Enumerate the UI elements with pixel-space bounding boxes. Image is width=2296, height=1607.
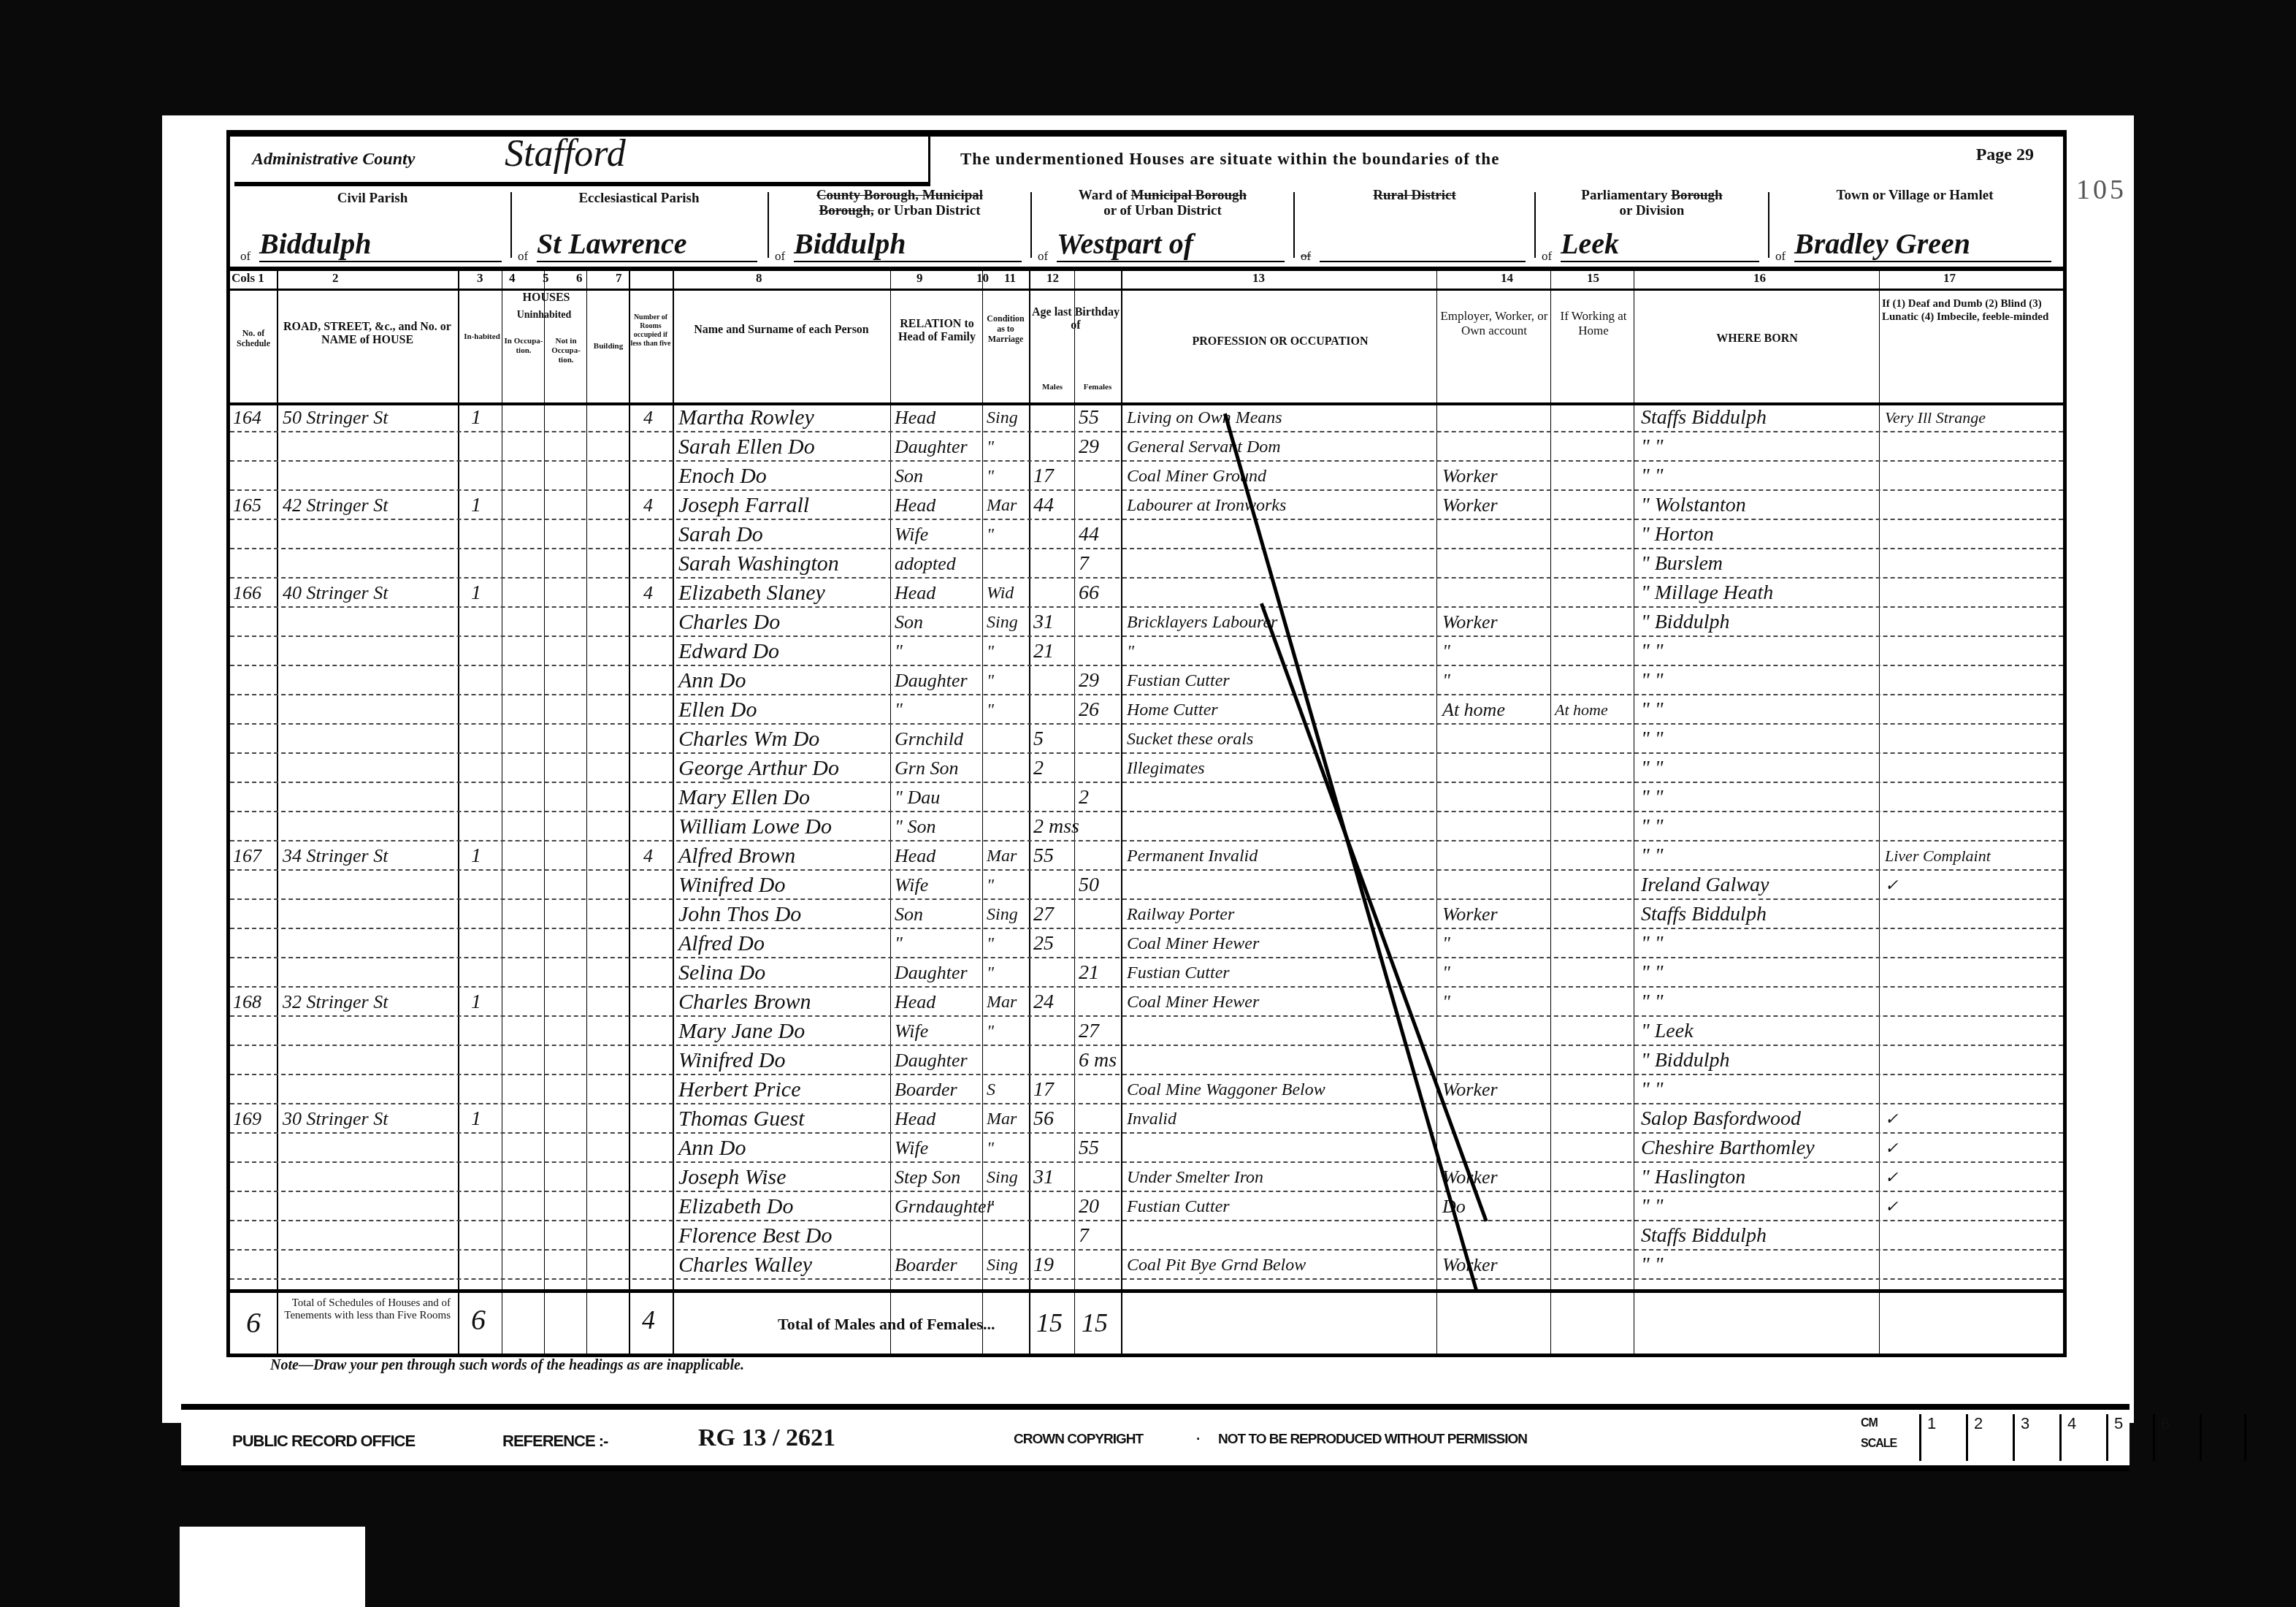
scale-tick: 1 [1919, 1414, 1966, 1461]
cell-name: Sarah Do [678, 522, 763, 547]
cell-cond: " [987, 1194, 994, 1219]
cell-born: " " [1641, 844, 1664, 869]
table-row: Enoch DoSon"17Coal Miner GroundWorker" " [230, 462, 2063, 491]
copyright-label: CROWN COPYRIGHT [1014, 1432, 1143, 1448]
cell-cond: " [987, 435, 994, 459]
total-houses: 6 [471, 1308, 486, 1332]
cell-male: 5 [1033, 727, 1044, 752]
cell-rel: Daughter [895, 435, 968, 459]
cell-rel: Grn Son [895, 756, 958, 781]
cell-born: " " [1641, 814, 1664, 839]
cell-born: " Leek [1641, 1019, 1694, 1044]
cell-rel: Daughter [895, 961, 968, 985]
cell-name: Florence Best Do [678, 1224, 832, 1248]
cell-name: Charles Do [678, 610, 780, 635]
heading-houses: HOUSES [462, 291, 630, 305]
cell-female: 66 [1079, 581, 1099, 606]
cell-name: Charles Wm Do [678, 727, 819, 752]
cell-cond: " [987, 961, 994, 985]
admin-county-label: Administrative County [252, 150, 415, 169]
cell-male: 21 [1033, 639, 1054, 664]
cell-inf: ✓ [1885, 1136, 1898, 1161]
table-row: Charles Wm DoGrnchild5Sucket these orals… [230, 725, 2063, 754]
cell-rel: " [895, 698, 903, 722]
cell-rooms: 4 [643, 844, 653, 869]
of-label: of [240, 248, 250, 264]
district-rural: Rural District of [1298, 185, 1531, 267]
cell-occ: Labourer at Ironworks [1127, 493, 1286, 518]
heading-at-home: If Working at Home [1553, 309, 1634, 338]
cell-male: 27 [1033, 902, 1054, 927]
cell-rel: Grndaughter [895, 1194, 994, 1219]
heading-inhabited: In-habited [462, 332, 502, 342]
table-row: Edward Do""21""" " [230, 638, 2063, 666]
cell-cond: Mar [987, 493, 1017, 518]
cell-name: Sarah Ellen Do [678, 435, 815, 459]
col-number: 14 [1501, 271, 1513, 286]
table-row: Alfred Do""25Coal Miner Hewer"" " [230, 930, 2063, 958]
page-number: Page 29 [1976, 145, 2034, 165]
cell-male: 31 [1033, 610, 1054, 635]
cell-name: Ellen Do [678, 698, 757, 722]
table-row: 16734 Stringer St14Alfred BrownHeadMar55… [230, 842, 2063, 871]
cell-occ: Sucket these orals [1127, 727, 1253, 752]
cell-name: Enoch Do [678, 464, 767, 489]
cell-inf: Liver Complaint [1885, 844, 1991, 869]
table-row: Florence Best Do7Staffs Biddulph [230, 1222, 2063, 1251]
table-row: Mary Ellen Do" Dau2" " [230, 784, 2063, 812]
col-number: 8 [756, 271, 762, 286]
district-value: Bradley Green [1794, 227, 2051, 262]
cell-rel: Son [895, 464, 923, 489]
cell-name: Alfred Brown [678, 844, 795, 869]
form-note: Note—Draw your pen through such words of… [270, 1357, 744, 1374]
cell-male: 31 [1033, 1165, 1054, 1190]
district-ecclesiastical-parish: Ecclesiastical Parish of St Lawrence [515, 185, 763, 267]
cell-male: 44 [1033, 493, 1054, 518]
cell-cond: Mar [987, 844, 1017, 869]
cell-emp: " [1442, 961, 1450, 985]
table-row: 16450 Stringer St14Martha RowleyHeadSing… [230, 404, 2063, 432]
heading-where-born: WHERE BORN [1637, 332, 1878, 346]
heading-relation: RELATION to Head of Family [892, 318, 982, 344]
cell-name: Elizabeth Do [678, 1194, 794, 1219]
cell-cond: " [987, 464, 994, 489]
cell-born: Salop Basfordwood [1641, 1107, 1801, 1131]
district-value [1320, 261, 1526, 262]
cell-occ: Under Smelter Iron [1127, 1165, 1263, 1190]
cell-rel: Son [895, 902, 923, 927]
cell-born: " " [1641, 756, 1664, 781]
district-civil-parish: Civil Parish of Biddulph [237, 185, 508, 267]
col-number: 13 [1252, 271, 1265, 286]
table-row: 16542 Stringer St14Joseph FarrallHeadMar… [230, 492, 2063, 520]
district-label: or of Urban District [1035, 203, 1290, 218]
district-value: St Lawrence [537, 227, 757, 262]
of-label: of [775, 248, 785, 264]
cell-female: 20 [1079, 1194, 1099, 1219]
cell-road: 50 Stringer St [283, 405, 388, 430]
table-row: Charles DoSonSing31Bricklayers LabourerW… [230, 608, 2063, 637]
cell-emp: At home [1442, 698, 1505, 722]
cell-rel: Head [895, 844, 935, 869]
cell-rel: Head [895, 493, 935, 518]
table-row: Herbert PriceBoarderS17Coal Mine Waggone… [230, 1076, 2063, 1104]
col-number: 6 [576, 271, 583, 286]
table-row: Winifred DoWife"50Ireland Galway✓ [230, 871, 2063, 900]
cell-male: 19 [1033, 1253, 1054, 1278]
col-number: 15 [1587, 271, 1599, 286]
cell-name: Joseph Farrall [678, 493, 809, 518]
cell-inf: ✓ [1885, 1107, 1898, 1131]
cell-sched: 165 [233, 493, 261, 518]
cell-cond: " [987, 668, 994, 693]
cell-emp: " [1442, 668, 1450, 693]
of-label: of [1542, 248, 1552, 264]
cell-inf: ✓ [1885, 1194, 1898, 1219]
reference-label: REFERENCE :- [502, 1432, 608, 1451]
district-label: Ecclesiastical Parish [515, 191, 763, 206]
cell-rooms: 4 [643, 405, 653, 430]
cell-cond: " [987, 698, 994, 722]
cell-name: William Lowe Do [678, 814, 832, 839]
column-numbers: Cols 1 2 3 4 5 6 7 8 9 10 11 12 13 14 15… [230, 270, 2063, 291]
divider [1030, 192, 1032, 258]
cell-born: " " [1641, 1077, 1664, 1102]
cell-name: George Arthur Do [678, 756, 839, 781]
cell-cond: Sing [987, 405, 1018, 430]
divider [510, 192, 512, 258]
col-number: 12 [1046, 271, 1059, 286]
cell-born: " Haslington [1641, 1165, 1745, 1190]
cell-name: Martha Rowley [678, 405, 814, 430]
cell-occ: General Servant Dom [1127, 435, 1281, 459]
cell-name: Joseph Wise [678, 1165, 786, 1190]
cell-born: Ireland Galway [1641, 873, 1769, 898]
heading-schedule: No. of Schedule [231, 328, 275, 348]
of-label: of [518, 248, 528, 264]
cell-occ: Illegimates [1127, 756, 1205, 781]
col-number: 3 [477, 271, 483, 286]
cell-inf: ✓ [1885, 1165, 1898, 1190]
cell-occ: Fustian Cutter [1127, 1194, 1230, 1219]
struck-label: Municipal Borough [1131, 188, 1247, 203]
of-label: of [1038, 248, 1048, 264]
heading-condition: Condition as to Marriage [984, 313, 1028, 344]
cell-rel: Head [895, 990, 935, 1015]
table-row: Elizabeth DoGrndaughter"20Fustian Cutter… [230, 1193, 2063, 1221]
cell-rel: Step Son [895, 1165, 960, 1190]
cell-rel: Son [895, 610, 923, 635]
cell-occ: Railway Porter [1127, 902, 1234, 927]
scale-tick: 2 [1966, 1414, 2013, 1461]
cell-rel: " Son [895, 814, 935, 839]
cell-name: Sarah Washington [678, 551, 839, 576]
cell-cond: " [987, 931, 994, 956]
cell-inhab: 1 [471, 1107, 481, 1131]
cell-born: " " [1641, 1253, 1664, 1278]
total-males: 15 [1036, 1310, 1063, 1335]
cell-rel: Boarder [895, 1253, 957, 1278]
district-label: Parliamentary [1581, 188, 1667, 203]
cell-born: Staffs Biddulph [1641, 405, 1767, 430]
table-row: George Arthur DoGrn Son2Illegimates" " [230, 755, 2063, 783]
cell-rel: Boarder [895, 1077, 957, 1102]
divider [1293, 192, 1295, 258]
cell-born: Staffs Biddulph [1641, 902, 1767, 927]
district-row: Civil Parish of Biddulph Ecclesiastical … [230, 185, 2063, 271]
col-number: 16 [1753, 271, 1766, 286]
col-number: 7 [616, 271, 622, 286]
cell-rooms: 4 [643, 581, 653, 606]
cell-emp: " [1442, 639, 1450, 664]
district-value: Biddulph [794, 227, 1022, 262]
cell-female: 29 [1079, 668, 1099, 693]
cell-name: Ann Do [678, 668, 746, 693]
heading-females: Females [1076, 381, 1120, 394]
cell-inhab: 1 [471, 990, 481, 1015]
cell-rel: Grnchild [895, 727, 963, 752]
scale-label: SCALE [1861, 1438, 1897, 1451]
heading-in-occupation: In Occupa-tion. [503, 337, 544, 356]
table-row: John Thos DoSonSing27Railway PorterWorke… [230, 901, 2063, 929]
cell-cond: " [987, 1136, 994, 1161]
scale-tick: 4 [2059, 1414, 2106, 1461]
totals-row: 6 Total of Schedules of Houses and of Te… [230, 1289, 2063, 1363]
cell-born: Staffs Biddulph [1641, 1224, 1767, 1248]
total-rooms: 4 [642, 1308, 655, 1332]
cell-road: 42 Stringer St [283, 493, 388, 518]
cell-born: " " [1641, 785, 1664, 810]
white-card [180, 1527, 365, 1607]
cell-rel: " [895, 639, 903, 664]
cell-inf: Very Ill Strange [1885, 405, 1986, 430]
heading-males: Males [1030, 381, 1074, 394]
heading-employer: Employer, Worker, or Own account [1439, 309, 1549, 338]
cell-road: 34 Stringer St [283, 844, 388, 869]
cell-inhab: 1 [471, 405, 481, 430]
cell-cond: Sing [987, 1253, 1018, 1278]
cell-occ: Coal Miner Hewer [1127, 990, 1259, 1015]
col-number: 4 [509, 271, 516, 286]
cell-cond: Wid [987, 581, 1014, 606]
cell-inf: ✓ [1885, 873, 1898, 898]
census-form: Administrative County Stafford The under… [226, 130, 2067, 1357]
cell-sched: 167 [233, 844, 261, 869]
table-row: Ellen Do""26Home CutterAt homeAt home" " [230, 696, 2063, 725]
cell-cond: " [987, 873, 994, 898]
cell-born: " " [1641, 668, 1664, 693]
cell-sched: 169 [233, 1107, 261, 1131]
heading-building: Building [588, 340, 629, 353]
cell-cond: " [987, 639, 994, 664]
cell-rel: Head [895, 1107, 935, 1131]
cell-inhab: 1 [471, 493, 481, 518]
cell-female: 7 [1079, 551, 1089, 576]
cell-home: At home [1555, 698, 1608, 722]
cell-road: 30 Stringer St [283, 1107, 388, 1131]
cell-male: 25 [1033, 931, 1054, 956]
total-schedules-label: Total of Schedules of Houses and of Tene… [283, 1297, 451, 1322]
cell-occ: Coal Mine Waggoner Below [1127, 1077, 1325, 1102]
district-value: Westpart of [1057, 227, 1285, 262]
cell-male: 2 mss [1033, 814, 1079, 839]
of-label: of [1301, 248, 1311, 264]
heading-infirmity: If (1) Deaf and Dumb (2) Blind (3) Lunat… [1882, 297, 2057, 324]
cell-occ: Fustian Cutter [1127, 961, 1230, 985]
district-label: Town or Village or Hamlet [1772, 188, 2057, 203]
table-row: Charles WalleyBoarderSing19Coal Pit Bye … [230, 1251, 2063, 1280]
cell-female: 6 ms [1079, 1048, 1117, 1073]
cell-occ: Bricklayers Labourer [1127, 610, 1277, 635]
cell-name: Mary Ellen Do [678, 785, 810, 810]
cell-born: " " [1641, 961, 1664, 985]
table-row: Ann DoWife"55Cheshire Barthomley✓ [230, 1134, 2063, 1163]
cell-occ: Coal Pit Bye Grnd Below [1127, 1253, 1306, 1278]
cell-name: Edward Do [678, 639, 779, 664]
divider [1768, 192, 1769, 258]
divider [768, 192, 769, 258]
cell-female: 50 [1079, 873, 1099, 898]
cell-emp: Worker [1442, 1077, 1498, 1102]
heading-road: ROAD, STREET, &c., and No. or NAME of HO… [280, 321, 455, 347]
col-number: 17 [1943, 271, 1956, 286]
cell-rel: Wife [895, 873, 928, 898]
cell-name: Winifred Do [678, 873, 785, 898]
cell-female: 27 [1079, 1019, 1099, 1044]
district-label: Ward of [1079, 188, 1128, 203]
cell-female: 44 [1079, 522, 1099, 547]
table-row: Selina DoDaughter"21Fustian Cutter"" " [230, 959, 2063, 988]
heading-rooms: Number of Rooms occupied if less than fi… [630, 313, 671, 348]
cell-cond: Sing [987, 1165, 1018, 1190]
side-folio-stamp: 105 [2076, 174, 2127, 206]
cell-male: 56 [1033, 1107, 1054, 1131]
heading-age: Age last Birthday of [1030, 306, 1121, 332]
cell-rel: Daughter [895, 668, 968, 693]
district-value: Biddulph [259, 227, 502, 262]
cell-name: Charles Walley [678, 1253, 812, 1278]
district-label: or Urban District [877, 203, 980, 218]
cell-emp: Worker [1442, 610, 1498, 635]
district-ward: Ward of Municipal Borough or of Urban Di… [1035, 185, 1290, 267]
cell-occ: Invalid [1127, 1107, 1176, 1131]
cell-cond: " [987, 522, 994, 547]
cell-name: Thomas Guest [678, 1107, 805, 1131]
cell-name: Mary Jane Do [678, 1019, 805, 1044]
cell-cond: Sing [987, 902, 1018, 927]
cell-sched: 164 [233, 405, 261, 430]
total-schedules: 6 [246, 1310, 261, 1335]
table-row: Winifred DoDaughter6 ms" Biddulph [230, 1047, 2063, 1075]
separator: · [1196, 1432, 1200, 1448]
total-females: 15 [1082, 1310, 1108, 1335]
cell-occ: Fustian Cutter [1127, 668, 1230, 693]
cell-female: 2 [1079, 785, 1089, 810]
cell-born: " " [1641, 639, 1664, 664]
cell-name: Elizabeth Slaney [678, 581, 825, 606]
office-label: PUBLIC RECORD OFFICE [232, 1432, 415, 1451]
cell-rel: Head [895, 405, 935, 430]
struck-label: County Borough, Municipal [816, 188, 983, 203]
cell-born: Cheshire Barthomley [1641, 1136, 1815, 1161]
cell-born: " " [1641, 931, 1664, 956]
cell-cond: Mar [987, 990, 1017, 1015]
col-number: Cols 1 [231, 271, 264, 286]
cell-cond: S [987, 1077, 995, 1102]
cell-born: " Burslem [1641, 551, 1723, 576]
cell-cond: Mar [987, 1107, 1017, 1131]
cell-rel: " Dau [895, 785, 940, 810]
total-persons-label: Total of Males and of Females... [778, 1318, 995, 1331]
cell-inhab: 1 [471, 581, 481, 606]
scale-tick: 3 [2013, 1414, 2059, 1461]
col-number: 2 [332, 271, 339, 286]
restriction-label: NOT TO BE REPRODUCED WITHOUT PERMISSION [1218, 1432, 1527, 1448]
cell-born: " Biddulph [1641, 1048, 1729, 1073]
cell-male: 24 [1033, 990, 1054, 1015]
cell-born: " " [1641, 1194, 1664, 1219]
scale-label: CM [1861, 1417, 1878, 1430]
struck-label: Borough, [819, 203, 874, 218]
cell-rel: Wife [895, 1019, 928, 1044]
cell-occ: Coal Miner Hewer [1127, 931, 1259, 956]
cell-male: 2 [1033, 756, 1044, 781]
heading-name: Name and Surname of each Person [676, 324, 887, 337]
cell-born: " " [1641, 464, 1664, 489]
district-label: Civil Parish [237, 191, 508, 206]
struck-label: Borough [1671, 188, 1722, 203]
cell-name: John Thos Do [678, 902, 801, 927]
cell-born: " Millage Heath [1641, 581, 1773, 606]
cell-rel: Head [895, 581, 935, 606]
column-headings: No. of Schedule ROAD, STREET, &c., and N… [230, 291, 2063, 405]
table-row: Ann DoDaughter"29Fustian Cutter"" " [230, 667, 2063, 695]
cell-inhab: 1 [471, 844, 481, 869]
scale-tick [2200, 1414, 2246, 1461]
col-number: 11 [1004, 271, 1016, 286]
cell-emp: " [1442, 931, 1450, 956]
cell-name: Winifred Do [678, 1048, 785, 1073]
cell-sched: 168 [233, 990, 261, 1015]
table-row: 16832 Stringer St1Charles BrownHeadMar24… [230, 988, 2063, 1017]
cell-rel: adopted [895, 551, 956, 576]
table-row: William Lowe Do" Son2 mss" " [230, 813, 2063, 841]
struck-label: Rural District [1373, 188, 1455, 203]
cell-rel: Wife [895, 522, 928, 547]
cell-name: Charles Brown [678, 990, 811, 1015]
district-parliamentary: Parliamentary Borough or Division of Lee… [1539, 185, 1765, 267]
cell-name: Alfred Do [678, 931, 765, 956]
divider [1534, 192, 1536, 258]
cell-born: " " [1641, 990, 1664, 1015]
cell-rel: " [895, 931, 903, 956]
cell-born: " " [1641, 727, 1664, 752]
cell-sched: 166 [233, 581, 261, 606]
cell-born: " Wolstanton [1641, 493, 1746, 518]
district-value: Leek [1561, 227, 1759, 262]
table-row: Joseph WiseStep SonSing31Under Smelter I… [230, 1164, 2063, 1192]
cell-born: " " [1641, 698, 1664, 722]
cell-emp: Worker [1442, 464, 1498, 489]
cell-name: Herbert Price [678, 1077, 800, 1102]
cell-born: " " [1641, 435, 1664, 459]
cell-male: 55 [1033, 844, 1054, 869]
cell-female: 55 [1079, 405, 1099, 430]
admin-county-box: Administrative County Stafford [234, 137, 930, 186]
cell-born: " Biddulph [1641, 610, 1729, 635]
cell-occ: Home Cutter [1127, 698, 1218, 722]
